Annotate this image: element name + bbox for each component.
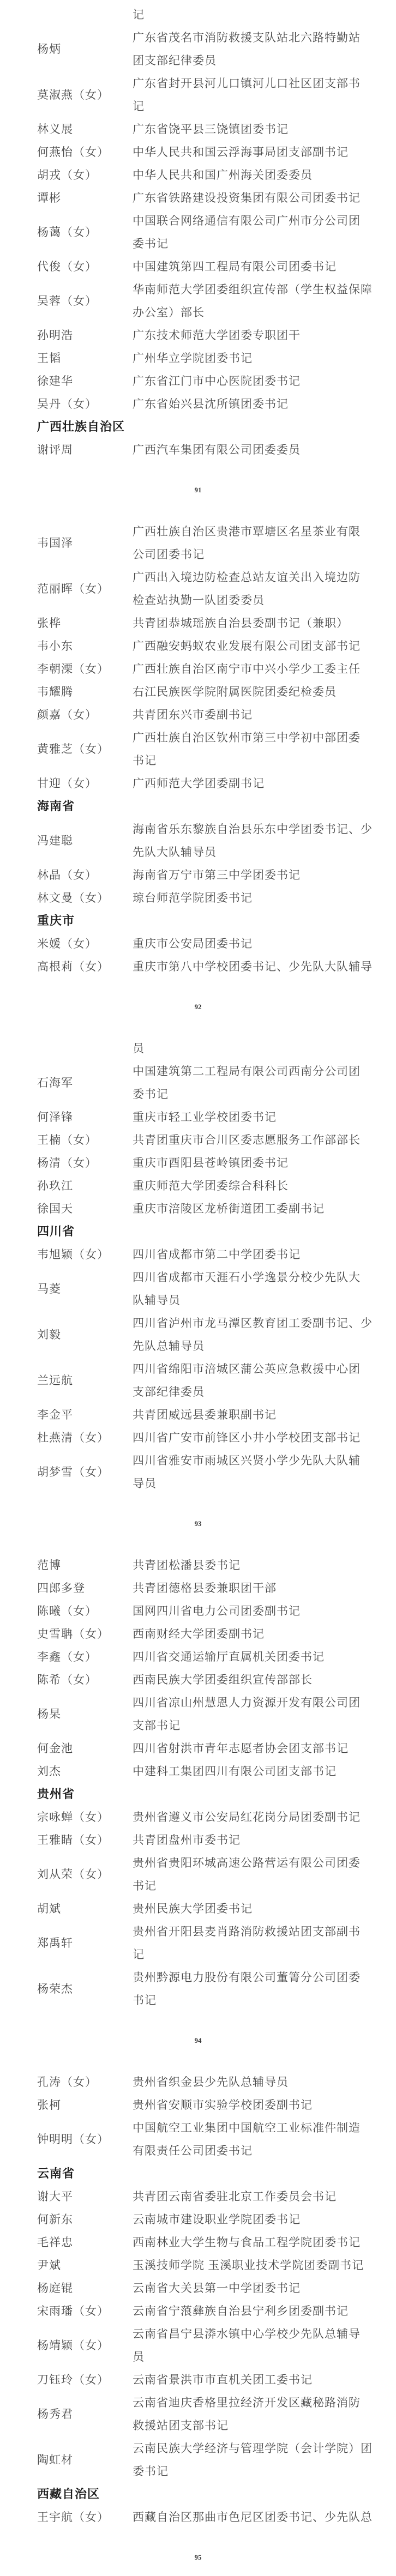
entry-row: 林文曼（女）琼台师范学院团委书记 <box>0 886 396 909</box>
position-description: 西南财经大学团委副书记 <box>133 1622 396 1645</box>
entry-row: 杨炳广东省茂名市消防救援支队站北六路特勤站团支部纪律委员 <box>0 26 396 72</box>
person-name: 黄雅芝（女） <box>37 726 133 772</box>
person-name: 范丽晖（女） <box>37 566 133 612</box>
section-header: 西藏自治区 <box>0 2483 396 2506</box>
entry-row: 刘从荣（女）贵州省贵阳环城高速公路营运有限公司团委书记 <box>0 1851 396 1897</box>
page: 韦国泽广西壮族自治区贵港市覃塘区名星茶业有限公司团委书记范丽晖（女）广西出入境边… <box>0 520 396 1012</box>
position-description: 玉溪技师学院 玉溪职业技术学院团委副书记 <box>133 2254 396 2277</box>
position-line: 共青团德格县委兼职团干部 <box>133 1577 396 1600</box>
position-description: 四川省凉山州慧恩人力资源开发有限公司团支部书记 <box>133 1691 396 1737</box>
position-line: 右江民族医学院附属医院团委纪检委员 <box>133 680 396 703</box>
position-description: 中国建筑第二工程局有限公司西南分公司团委书记 <box>133 1060 396 1106</box>
entry-row: 四郎多登共青团德格县委兼职团干部 <box>0 1577 396 1600</box>
person-name: 郑禹轩 <box>37 1920 133 1966</box>
position-line: 广西出入境边防检查总站友谊关出入境边防 <box>133 566 396 589</box>
entry-row: 王韬广州华立学院团委书记 <box>0 347 396 370</box>
entry-row: 王雅睛（女）共青团盘州市委书记 <box>0 1829 396 1851</box>
section-header: 四川省 <box>0 1220 396 1243</box>
position-description: 西南民族大学团委组织宣传部部长 <box>133 1668 396 1691</box>
position-line: 广东省饶平县三饶镇团委书记 <box>133 118 396 141</box>
person-name: 四郎多登 <box>37 1577 133 1600</box>
person-name: 韦国泽 <box>37 520 133 566</box>
position-description: 海南省万宁市第三中学团委书记 <box>133 864 396 886</box>
person-name: 王宇航（女） <box>37 2506 133 2529</box>
person-name: 胡梦雪（女） <box>37 1449 133 1495</box>
person-name: 李鑫（女） <box>37 1645 133 1668</box>
position-description: 共青团云南省委驻北京工作委员会书记 <box>133 2185 396 2208</box>
position-description: 重庆市公安局团委书记 <box>133 932 396 955</box>
position-description: 重庆市涪陵区龙桥街道团工委副书记 <box>133 1197 396 1220</box>
position-description: 云南省大关县第一中学团委书记 <box>133 2277 396 2300</box>
position-line: 委书记 <box>133 232 396 255</box>
entry-row: 何金池四川省射洪市青年志愿者协会团支部书记 <box>0 1737 396 1760</box>
entry-row: 谭彬广东省铁路建设投资集团有限公司团委书记 <box>0 186 396 209</box>
continuation-row: 记 <box>0 3 396 26</box>
position-description: 中国建筑第四工程局有限公司团委书记 <box>133 255 396 278</box>
entry-row: 张桦共青团恭城瑶族自治县委副书记（兼职） <box>0 612 396 635</box>
position-line: 四川省凉山州慧恩人力资源开发有限公司团 <box>133 1691 396 1714</box>
position-line: 办公室）部长 <box>133 301 396 324</box>
position-line: 四川省交通运输厅直属机关团委书记 <box>133 1645 396 1668</box>
person-name: 杨炳 <box>37 26 133 72</box>
position-line: 四川省泸州市龙马潭区教育团工委副书记、少 <box>133 1312 396 1335</box>
page-number: 92 <box>0 1002 396 1012</box>
section-header: 云南省 <box>0 2162 396 2185</box>
person-name: 颜嘉（女） <box>37 703 133 726</box>
position-line: 共青团盘州市委书记 <box>133 1829 396 1851</box>
position-line: 员 <box>133 2345 396 2368</box>
position-description: 华南师范大学团委组织宣传部（学生权益保障办公室）部长 <box>133 278 396 324</box>
position-line: 重庆市第八中学校团委书记、少先队大队辅导 <box>133 955 396 978</box>
position-description: 中华人民共和国云浮海事局团支部副书记 <box>133 141 396 164</box>
entry-row: 谢评周广西汽车集团有限公司团委委员 <box>0 438 396 461</box>
commendation-name-list-document: 记杨炳广东省茂名市消防救援支队站北六路特勤站团支部纪律委员莫淑燕（女）广东省封开… <box>0 0 396 2576</box>
entry-row: 刀钰玲（女）云南省景洪市市直机关团工委书记 <box>0 2368 396 2391</box>
person-name <box>37 3 133 26</box>
person-name: 杨杲 <box>37 1691 133 1737</box>
entry-row: 石海军中国建筑第二工程局有限公司西南分公司团委书记 <box>0 1060 396 1106</box>
page-number: 91 <box>0 485 396 495</box>
position-line: 中国航空工业集团中国航空工业标准件制造 <box>133 2116 396 2139</box>
person-name: 冯建聪 <box>37 818 133 864</box>
position-description: 中国联合网络通信有限公司广州市分公司团委书记 <box>133 209 396 255</box>
person-name: 胡斌 <box>37 1897 133 1920</box>
position-line: 中建科工集团四川有限公司团支部书记 <box>133 1760 396 1783</box>
entry-row: 孔涛（女）贵州省织金县少先队总辅导员 <box>0 2071 396 2094</box>
position-line: 委书记 <box>133 2460 396 2483</box>
position-description: 云南城市建设职业学院团委书记 <box>133 2208 396 2231</box>
person-name: 杨清（女） <box>37 1151 133 1174</box>
person-name: 王雅睛（女） <box>37 1829 133 1851</box>
position-description: 广西出入境边防检查总站友谊关出入境边防检查站执勤一队团委委员 <box>133 566 396 612</box>
position-line: 广州华立学院团委书记 <box>133 347 396 370</box>
entry-row: 毛祥忠西南林业大学生物与食品工程学院团委书记 <box>0 2231 396 2254</box>
position-description: 贵州黔源电力股份有限公司董箐分公司团委书记 <box>133 1966 396 2012</box>
entry-row: 王楠（女）共青团重庆市合川区委志愿服务工作部部长 <box>0 1129 396 1151</box>
position-line: 队辅导员 <box>133 1289 396 1312</box>
position-description: 重庆市第八中学校团委书记、少先队大队辅导 <box>133 955 396 978</box>
entry-row: 何泽锋重庆市轻工业学校团委书记 <box>0 1106 396 1129</box>
position-description: 广西壮族自治区南宁市中兴小学少工委主任 <box>133 657 396 680</box>
entry-row: 张柯贵州省安顺市实验学校团委副书记 <box>0 2094 396 2116</box>
person-name: 李金平 <box>37 1403 133 1426</box>
position-description: 西南林业大学生物与食品工程学院团委书记 <box>133 2231 396 2254</box>
position-line: 西南林业大学生物与食品工程学院团委书记 <box>133 2231 396 2254</box>
entry-row: 陈曦（女）国网四川省电力公司团委副书记 <box>0 1600 396 1622</box>
page: 孔涛（女）贵州省织金县少先队总辅导员张柯贵州省安顺市实验学校团委副书记钟明明（女… <box>0 2071 396 2562</box>
position-line: 广东省始兴县沈所镇团委书记 <box>133 393 396 415</box>
entry-row: 范丽晖（女）广西出入境边防检查总站友谊关出入境边防检查站执勤一队团委委员 <box>0 566 396 612</box>
position-description: 贵州省织金县少先队总辅导员 <box>133 2071 396 2094</box>
entry-row: 王宇航（女）西藏自治区那曲市色尼区团委书记、少先队总 <box>0 2506 396 2529</box>
entry-row: 范博共青团松潘县委书记 <box>0 1554 396 1577</box>
entry-row: 杨庭锟云南省大关县第一中学团委书记 <box>0 2277 396 2300</box>
position-line: 西南财经大学团委副书记 <box>133 1622 396 1645</box>
entry-row: 杨秀君云南省迪庆香格里拉经济开发区藏秘路消防救援站团支部书记 <box>0 2391 396 2437</box>
person-name: 刀钰玲（女） <box>37 2368 133 2391</box>
position-line: 书记 <box>133 1874 396 1897</box>
entry-row: 兰远航四川省绵阳市涪城区蒲公英应急救援中心团支部纪律委员 <box>0 1358 396 1403</box>
position-line: 海南省万宁市第三中学团委书记 <box>133 864 396 886</box>
entry-row: 韦国泽广西壮族自治区贵港市覃塘区名星茶业有限公司团委书记 <box>0 520 396 566</box>
position-line: 四川省成都市第二中学团委书记 <box>133 1243 396 1266</box>
position-line: 共青团松潘县委书记 <box>133 1554 396 1577</box>
position-description: 共青团德格县委兼职团干部 <box>133 1577 396 1600</box>
position-line: 云南民族大学经济与管理学院（会计学院）团 <box>133 2437 396 2460</box>
position-line: 记 <box>133 95 396 118</box>
person-name: 王韬 <box>37 347 133 370</box>
page: 记杨炳广东省茂名市消防救援支队站北六路特勤站团支部纪律委员莫淑燕（女）广东省封开… <box>0 3 396 495</box>
position-line: 支部书记 <box>133 1714 396 1737</box>
person-name: 刘杰 <box>37 1760 133 1783</box>
position-description: 琼台师范学院团委书记 <box>133 886 396 909</box>
entry-row: 何燕怡（女）中华人民共和国云浮海事局团支部副书记 <box>0 141 396 164</box>
position-line: 华南师范大学团委组织宣传部（学生权益保障 <box>133 278 396 301</box>
person-name: 谢大平 <box>37 2185 133 2208</box>
person-name: 毛祥忠 <box>37 2231 133 2254</box>
position-description: 四川省雅安市雨城区兴贤小学少先队大队辅导员 <box>133 1449 396 1495</box>
entry-row: 史雪聃（女）西南财经大学团委副书记 <box>0 1622 396 1645</box>
entry-row: 谢大平共青团云南省委驻北京工作委员会书记 <box>0 2185 396 2208</box>
entry-row: 韦旭颖（女）四川省成都市第二中学团委书记 <box>0 1243 396 1266</box>
position-line: 重庆师范大学团委综合科科长 <box>133 1174 396 1197</box>
position-line: 共青团东兴市委副书记 <box>133 703 396 726</box>
entry-row: 韦小东广西融安蚂蚁农业发展有限公司团支部书记 <box>0 635 396 657</box>
entry-row: 韦耀腾右江民族医学院附属医院团委纪检委员 <box>0 680 396 703</box>
person-name: 宋雨璠（女） <box>37 2300 133 2322</box>
entry-row: 颜嘉（女）共青团东兴市委副书记 <box>0 703 396 726</box>
person-name: 张桦 <box>37 612 133 635</box>
person-name: 兰远航 <box>37 1358 133 1403</box>
position-description: 共青团东兴市委副书记 <box>133 703 396 726</box>
person-name: 韦旭颖（女） <box>37 1243 133 1266</box>
position-line: 四川省成都市天涯石小学逸景分校少先队大 <box>133 1266 396 1289</box>
position-description: 海南省乐东黎族自治县乐东中学团委书记、少先队大队辅导员 <box>133 818 396 864</box>
entry-row: 胡梦雪（女）四川省雅安市雨城区兴贤小学少先队大队辅导员 <box>0 1449 396 1495</box>
position-description: 国网四川省电力公司团委副书记 <box>133 1600 396 1622</box>
position-line: 云南省宁蒗彝族自治县宁利乡团委副书记 <box>133 2300 396 2322</box>
entry-row: 林义展广东省饶平县三饶镇团委书记 <box>0 118 396 141</box>
entry-row: 吴丹（女）广东省始兴县沈所镇团委书记 <box>0 393 396 415</box>
entry-row: 杨蔼（女）中国联合网络通信有限公司广州市分公司团委书记 <box>0 209 396 255</box>
position-description: 四川省成都市第二中学团委书记 <box>133 1243 396 1266</box>
position-description: 广西融安蚂蚁农业发展有限公司团支部书记 <box>133 635 396 657</box>
position-description: 广东省始兴县沈所镇团委书记 <box>133 393 396 415</box>
entry-row: 陶虹材云南民族大学经济与管理学院（会计学院）团委书记 <box>0 2437 396 2483</box>
position-description: 广东省江门市中心医院团委书记 <box>133 370 396 393</box>
person-name: 孙玖江 <box>37 1174 133 1197</box>
page: 员石海军中国建筑第二工程局有限公司西南分公司团委书记何泽锋重庆市轻工业学校团委书… <box>0 1037 396 1529</box>
position-line: 共青团恭城瑶族自治县委副书记（兼职） <box>133 612 396 635</box>
person-name: 杨庭锟 <box>37 2277 133 2300</box>
position-description: 共青团威远县委兼职副书记 <box>133 1403 396 1426</box>
position-description: 中建科工集团四川有限公司团支部书记 <box>133 1760 396 1783</box>
position-line: 贵州民族大学团委书记 <box>133 1897 396 1920</box>
entry-row: 何新东云南城市建设职业学院团委书记 <box>0 2208 396 2231</box>
person-name: 杨荣杰 <box>37 1966 133 2012</box>
position-line: 记 <box>133 3 396 26</box>
person-name: 尹斌 <box>37 2254 133 2277</box>
position-line: 贵州黔源电力股份有限公司董箐分公司团委 <box>133 1966 396 1989</box>
position-description: 广东省铁路建设投资集团有限公司团委书记 <box>133 186 396 209</box>
position-line: 西藏自治区那曲市色尼区团委书记、少先队总 <box>133 2506 396 2529</box>
section-header: 广西壮族自治区 <box>0 415 396 438</box>
person-name: 杨秀君 <box>37 2391 133 2437</box>
position-description: 贵州省安顺市实验学校团委副书记 <box>133 2094 396 2116</box>
position-line: 书记 <box>133 1989 396 2012</box>
person-name: 林晶（女） <box>37 864 133 886</box>
person-name: 杜燕清（女） <box>37 1426 133 1449</box>
position-line: 导员 <box>133 1472 396 1495</box>
person-name: 陈希（女） <box>37 1668 133 1691</box>
entry-row: 郑禹轩贵州省开阳县麦肖路消防救援站团支部副书记 <box>0 1920 396 1966</box>
position-description: 重庆市轻工业学校团委书记 <box>133 1106 396 1129</box>
person-name: 刘毅 <box>37 1312 133 1358</box>
position-line: 贵州省安顺市实验学校团委副书记 <box>133 2094 396 2116</box>
section-header: 贵州省 <box>0 1783 396 1806</box>
position-description: 广东技术师范大学团委专职团干 <box>133 324 396 347</box>
position-description: 共青团恭城瑶族自治县委副书记（兼职） <box>133 612 396 635</box>
person-name: 徐国天 <box>37 1197 133 1220</box>
person-name: 何燕怡（女） <box>37 141 133 164</box>
person-name: 宗咏蝉（女） <box>37 1806 133 1829</box>
position-line: 广东省茂名市消防救援支队站北六路特勤站 <box>133 26 396 49</box>
entry-row: 胡戎（女）中华人民共和国广州海关团委委员 <box>0 164 396 186</box>
person-name: 高根莉（女） <box>37 955 133 978</box>
entry-row: 李朝溧（女）广西壮族自治区南宁市中兴小学少工委主任 <box>0 657 396 680</box>
position-line: 员 <box>133 1037 396 1060</box>
person-name: 徐建华 <box>37 370 133 393</box>
position-line: 检查站执勤一队团委委员 <box>133 589 396 612</box>
position-line: 广西壮族自治区南宁市中兴小学少工委主任 <box>133 657 396 680</box>
person-name: 孙明浩 <box>37 324 133 347</box>
position-description: 云南民族大学经济与管理学院（会计学院）团委书记 <box>133 2437 396 2483</box>
person-name: 吴蓉（女） <box>37 278 133 324</box>
position-description: 右江民族医学院附属医院团委纪检委员 <box>133 680 396 703</box>
position-line: 海南省乐东黎族自治县乐东中学团委书记、少 <box>133 818 396 841</box>
position-description: 共青团盘州市委书记 <box>133 1829 396 1851</box>
person-name: 杨蔼（女） <box>37 209 133 255</box>
position-description: 四川省泸州市龙马潭区教育团工委副书记、少先队总辅导员 <box>133 1312 396 1358</box>
person-name: 韦小东 <box>37 635 133 657</box>
position-line: 广西壮族自治区钦州市第三中学初中部团委 <box>133 726 396 749</box>
position-line: 重庆市酉阳县苍岭镇团委书记 <box>133 1151 396 1174</box>
page-number: 93 <box>0 1519 396 1529</box>
position-line: 四川省射洪市青年志愿者协会团支部书记 <box>133 1737 396 1760</box>
position-description: 贵州省贵阳环城高速公路营运有限公司团委书记 <box>133 1851 396 1897</box>
entry-row: 甘迎（女）广西师范大学团委副书记 <box>0 772 396 795</box>
section-header: 海南省 <box>0 795 396 818</box>
continuation-row: 员 <box>0 1037 396 1060</box>
person-name: 代俊（女） <box>37 255 133 278</box>
entry-row: 宗咏蝉（女）贵州省遵义市公安局红花岗分局团委副书记 <box>0 1806 396 1829</box>
position-line: 重庆市公安局团委书记 <box>133 932 396 955</box>
entry-row: 林晶（女）海南省万宁市第三中学团委书记 <box>0 864 396 886</box>
position-line: 救援站团支部书记 <box>133 2414 396 2437</box>
entry-row: 冯建聪海南省乐东黎族自治县乐东中学团委书记、少先队大队辅导员 <box>0 818 396 864</box>
position-line: 中国建筑第四工程局有限公司团委书记 <box>133 255 396 278</box>
person-name: 甘迎（女） <box>37 772 133 795</box>
person-name: 韦耀腾 <box>37 680 133 703</box>
position-description: 共青团重庆市合川区委志愿服务工作部部长 <box>133 1129 396 1151</box>
position-line: 云南省大关县第一中学团委书记 <box>133 2277 396 2300</box>
entry-row: 胡斌贵州民族大学团委书记 <box>0 1897 396 1920</box>
position-line: 琼台师范学院团委书记 <box>133 886 396 909</box>
position-description: 重庆市酉阳县苍岭镇团委书记 <box>133 1151 396 1174</box>
entry-row: 米媛（女）重庆市公安局团委书记 <box>0 932 396 955</box>
entry-row: 莫淑燕（女）广东省封开县河儿口镇河儿口社区团支部书记 <box>0 72 396 118</box>
position-line: 云南省昌宁县漭水镇中心学校少先队总辅导 <box>133 2322 396 2345</box>
position-description: 西藏自治区那曲市色尼区团委书记、少先队总 <box>133 2506 396 2529</box>
position-line: 广西师范大学团委副书记 <box>133 772 396 795</box>
position-description: 云南省昌宁县漭水镇中心学校少先队总辅导员 <box>133 2322 396 2368</box>
entry-row: 杜燕清（女）四川省广安市前锋区小井小学校团支部书记 <box>0 1426 396 1449</box>
person-name: 马菱 <box>37 1266 133 1312</box>
entry-row: 徐建华广东省江门市中心医院团委书记 <box>0 370 396 393</box>
position-description: 四川省交通运输厅直属机关团委书记 <box>133 1645 396 1668</box>
person-name: 胡戎（女） <box>37 164 133 186</box>
entry-row: 陈希（女）西南民族大学团委组织宣传部部长 <box>0 1668 396 1691</box>
position-description: 四川省成都市天涯石小学逸景分校少先队大队辅导员 <box>133 1266 396 1312</box>
position-description: 员 <box>133 1037 396 1060</box>
person-name: 王楠（女） <box>37 1129 133 1151</box>
position-line: 国网四川省电力公司团委副书记 <box>133 1600 396 1622</box>
position-line: 团支部纪律委员 <box>133 49 396 72</box>
person-name: 孔涛（女） <box>37 2071 133 2094</box>
person-name: 刘从荣（女） <box>37 1851 133 1897</box>
person-name: 张柯 <box>37 2094 133 2116</box>
entry-row: 吴蓉（女）华南师范大学团委组织宣传部（学生权益保障办公室）部长 <box>0 278 396 324</box>
position-line: 共青团重庆市合川区委志愿服务工作部部长 <box>133 1129 396 1151</box>
position-line: 共青团云南省委驻北京工作委员会书记 <box>133 2185 396 2208</box>
position-line: 记 <box>133 1943 396 1966</box>
position-line: 中国建筑第二工程局有限公司西南分公司团 <box>133 1060 396 1083</box>
position-description: 广东省封开县河儿口镇河儿口社区团支部书记 <box>133 72 396 118</box>
position-line: 西南民族大学团委组织宣传部部长 <box>133 1668 396 1691</box>
position-description: 四川省射洪市青年志愿者协会团支部书记 <box>133 1737 396 1760</box>
entry-row: 宋雨璠（女）云南省宁蒗彝族自治县宁利乡团委副书记 <box>0 2300 396 2322</box>
position-description: 广西壮族自治区贵港市覃塘区名星茶业有限公司团委书记 <box>133 520 396 566</box>
entry-row: 杨杲四川省凉山州慧恩人力资源开发有限公司团支部书记 <box>0 1691 396 1737</box>
person-name: 谢评周 <box>37 438 133 461</box>
entry-row: 徐国天重庆市涪陵区龙桥街道团工委副书记 <box>0 1197 396 1220</box>
entry-row: 杨靖颖（女）云南省昌宁县漭水镇中心学校少先队总辅导员 <box>0 2322 396 2368</box>
position-description: 共青团松潘县委书记 <box>133 1554 396 1577</box>
page-number: 94 <box>0 2036 396 2046</box>
person-name <box>37 1037 133 1060</box>
person-name: 范博 <box>37 1554 133 1577</box>
position-description: 四川省绵阳市涪城区蒲公英应急救援中心团支部纪律委员 <box>133 1358 396 1403</box>
person-name: 何金池 <box>37 1737 133 1760</box>
person-name: 何新东 <box>37 2208 133 2231</box>
position-description: 广州华立学院团委书记 <box>133 347 396 370</box>
person-name: 莫淑燕（女） <box>37 72 133 118</box>
position-description: 云南省宁蒗彝族自治县宁利乡团委副书记 <box>133 2300 396 2322</box>
person-name: 陶虹材 <box>37 2437 133 2483</box>
position-line: 广东技术师范大学团委专职团干 <box>133 324 396 347</box>
position-line: 重庆市涪陵区龙桥街道团工委副书记 <box>133 1197 396 1220</box>
position-description: 贵州省遵义市公安局红花岗分局团委副书记 <box>133 1806 396 1829</box>
position-line: 云南省迪庆香格里拉经济开发区藏秘路消防 <box>133 2391 396 2414</box>
position-description: 记 <box>133 3 396 26</box>
page: 范博共青团松潘县委书记四郎多登共青团德格县委兼职团干部陈曦（女）国网四川省电力公… <box>0 1554 396 2046</box>
entry-row: 高根莉（女）重庆市第八中学校团委书记、少先队大队辅导 <box>0 955 396 978</box>
entry-row: 刘毅四川省泸州市龙马潭区教育团工委副书记、少先队总辅导员 <box>0 1312 396 1358</box>
position-line: 书记 <box>133 749 396 772</box>
entry-row: 马菱四川省成都市天涯石小学逸景分校少先队大队辅导员 <box>0 1266 396 1312</box>
person-name: 谭彬 <box>37 186 133 209</box>
position-line: 贵州省贵阳环城高速公路营运有限公司团委 <box>133 1851 396 1874</box>
person-name: 石海军 <box>37 1060 133 1106</box>
position-line: 广西壮族自治区贵港市覃塘区名星茶业有限 <box>133 520 396 543</box>
position-description: 贵州民族大学团委书记 <box>133 1897 396 1920</box>
position-description: 重庆师范大学团委综合科科长 <box>133 1174 396 1197</box>
person-name: 米媛（女） <box>37 932 133 955</box>
entry-row: 孙玖江重庆师范大学团委综合科科长 <box>0 1174 396 1197</box>
page-number: 95 <box>0 2553 396 2562</box>
position-line: 四川省雅安市雨城区兴贤小学少先队大队辅 <box>133 1449 396 1472</box>
person-name: 李朝溧（女） <box>37 657 133 680</box>
position-line: 支部纪律委员 <box>133 1380 396 1403</box>
entry-row: 代俊（女）中国建筑第四工程局有限公司团委书记 <box>0 255 396 278</box>
position-description: 广西壮族自治区钦州市第三中学初中部团委书记 <box>133 726 396 772</box>
position-description: 中华人民共和国广州海关团委委员 <box>133 164 396 186</box>
position-line: 委书记 <box>133 1083 396 1106</box>
position-line: 广西融安蚂蚁农业发展有限公司团支部书记 <box>133 635 396 657</box>
position-line: 四川省绵阳市涪城区蒲公英应急救援中心团 <box>133 1358 396 1380</box>
position-line: 贵州省开阳县麦肖路消防救援站团支部副书 <box>133 1920 396 1943</box>
position-description: 云南省景洪市市直机关团工委书记 <box>133 2368 396 2391</box>
position-line: 共青团威远县委兼职副书记 <box>133 1403 396 1426</box>
position-description: 广西师范大学团委副书记 <box>133 772 396 795</box>
section-header: 重庆市 <box>0 909 396 932</box>
position-line: 有限责任公司团委书记 <box>133 2139 396 2162</box>
position-description: 贵州省开阳县麦肖路消防救援站团支部副书记 <box>133 1920 396 1966</box>
position-description: 云南省迪庆香格里拉经济开发区藏秘路消防救援站团支部书记 <box>133 2391 396 2437</box>
position-line: 四川省广安市前锋区小井小学校团支部书记 <box>133 1426 396 1449</box>
entry-row: 刘杰中建科工集团四川有限公司团支部书记 <box>0 1760 396 1783</box>
position-line: 云南省景洪市市直机关团工委书记 <box>133 2368 396 2391</box>
position-description: 广东省茂名市消防救援支队站北六路特勤站团支部纪律委员 <box>133 26 396 72</box>
position-line: 云南城市建设职业学院团委书记 <box>133 2208 396 2231</box>
position-line: 公司团委书记 <box>133 543 396 566</box>
person-name: 陈曦（女） <box>37 1600 133 1622</box>
entry-row: 李鑫（女）四川省交通运输厅直属机关团委书记 <box>0 1645 396 1668</box>
person-name: 吴丹（女） <box>37 393 133 415</box>
position-line: 先队总辅导员 <box>133 1335 396 1358</box>
person-name: 林文曼（女） <box>37 886 133 909</box>
person-name: 钟明明（女） <box>37 2116 133 2162</box>
